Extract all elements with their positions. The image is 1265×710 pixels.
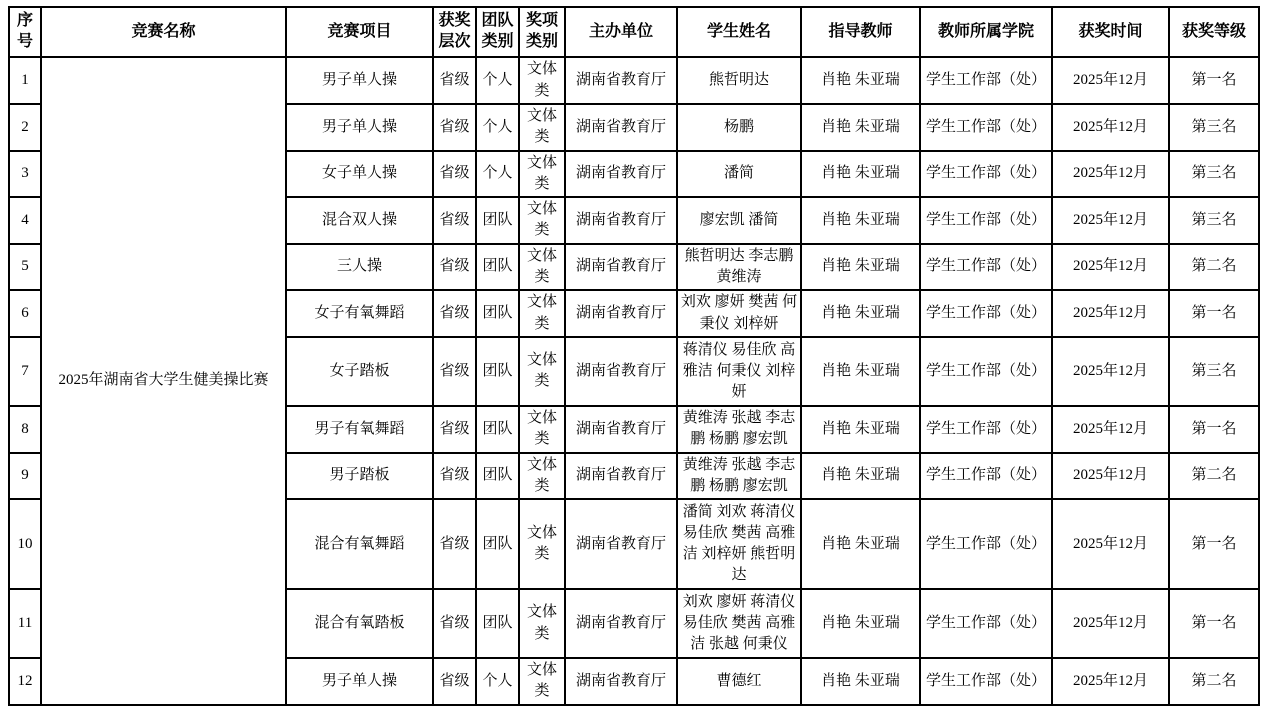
cell-event: 男子有氧舞蹈 [286,406,433,453]
cell-award-level: 省级 [433,337,476,406]
cell-award-category: 文体类 [519,406,565,453]
cell-award-time: 2025年12月 [1052,337,1169,406]
cell-teacher-college: 学生工作部（处） [920,589,1052,658]
cell-teacher-college: 学生工作部（处） [920,244,1052,291]
cell-advisors: 肖艳 朱亚瑞 [801,290,920,337]
cell-seq: 6 [9,290,41,337]
cell-team-type: 团队 [476,589,519,658]
cell-advisors: 肖艳 朱亚瑞 [801,499,920,589]
cell-award-category: 文体类 [519,104,565,151]
cell-competition-name: 2025年湖南省大学生健美操比赛 [41,57,286,705]
cell-seq: 8 [9,406,41,453]
cell-teacher-college: 学生工作部（处） [920,337,1052,406]
header-award-time: 获奖时间 [1052,7,1169,57]
cell-award-category: 文体类 [519,197,565,244]
cell-award-category: 文体类 [519,290,565,337]
cell-advisors: 肖艳 朱亚瑞 [801,104,920,151]
cell-advisors: 肖艳 朱亚瑞 [801,453,920,500]
header-organizer: 主办单位 [565,7,677,57]
cell-award-time: 2025年12月 [1052,406,1169,453]
cell-organizer: 湖南省教育厅 [565,589,677,658]
cell-award-level: 省级 [433,57,476,104]
cell-award-rank: 第三名 [1169,104,1259,151]
cell-teacher-college: 学生工作部（处） [920,499,1052,589]
cell-award-rank: 第二名 [1169,658,1259,705]
cell-student-names: 黄维涛 张越 李志鹏 杨鹏 廖宏凯 [677,453,801,500]
cell-event: 混合有氧踏板 [286,589,433,658]
header-student-names: 学生姓名 [677,7,801,57]
cell-award-time: 2025年12月 [1052,244,1169,291]
cell-advisors: 肖艳 朱亚瑞 [801,658,920,705]
cell-student-names: 潘简 [677,151,801,198]
cell-award-level: 省级 [433,290,476,337]
cell-organizer: 湖南省教育厅 [565,151,677,198]
cell-student-names: 廖宏凯 潘简 [677,197,801,244]
cell-award-rank: 第三名 [1169,337,1259,406]
cell-teacher-college: 学生工作部（处） [920,290,1052,337]
cell-award-time: 2025年12月 [1052,151,1169,198]
cell-team-type: 个人 [476,57,519,104]
cell-seq: 3 [9,151,41,198]
awards-document-page: 序号 竞赛名称 竞赛项目 获奖层次 团队类别 奖项类别 主办单位 学生姓名 指导… [0,0,1265,710]
cell-award-level: 省级 [433,244,476,291]
header-teacher-college: 教师所属学院 [920,7,1052,57]
cell-award-time: 2025年12月 [1052,290,1169,337]
cell-award-level: 省级 [433,658,476,705]
cell-team-type: 团队 [476,244,519,291]
cell-award-level: 省级 [433,499,476,589]
cell-seq: 11 [9,589,41,658]
cell-award-rank: 第一名 [1169,406,1259,453]
cell-teacher-college: 学生工作部（处） [920,453,1052,500]
cell-award-category: 文体类 [519,658,565,705]
cell-award-category: 文体类 [519,499,565,589]
header-event: 竞赛项目 [286,7,433,57]
cell-advisors: 肖艳 朱亚瑞 [801,337,920,406]
cell-event: 女子有氧舞蹈 [286,290,433,337]
cell-student-names: 刘欢 廖妍 樊茜 何秉仪 刘梓妍 [677,290,801,337]
header-advisors: 指导教师 [801,7,920,57]
cell-event: 混合双人操 [286,197,433,244]
cell-award-category: 文体类 [519,151,565,198]
cell-award-level: 省级 [433,406,476,453]
header-team-type: 团队类别 [476,7,519,57]
cell-advisors: 肖艳 朱亚瑞 [801,589,920,658]
cell-award-level: 省级 [433,589,476,658]
cell-teacher-college: 学生工作部（处） [920,197,1052,244]
cell-seq: 1 [9,57,41,104]
cell-organizer: 湖南省教育厅 [565,197,677,244]
cell-award-time: 2025年12月 [1052,197,1169,244]
cell-event: 男子踏板 [286,453,433,500]
cell-seq: 10 [9,499,41,589]
cell-teacher-college: 学生工作部（处） [920,151,1052,198]
cell-seq: 4 [9,197,41,244]
cell-team-type: 团队 [476,453,519,500]
cell-award-time: 2025年12月 [1052,57,1169,104]
cell-organizer: 湖南省教育厅 [565,499,677,589]
cell-team-type: 个人 [476,104,519,151]
cell-award-time: 2025年12月 [1052,658,1169,705]
cell-award-category: 文体类 [519,244,565,291]
cell-award-category: 文体类 [519,337,565,406]
cell-student-names: 黄维涛 张越 李志鹏 杨鹏 廖宏凯 [677,406,801,453]
cell-seq: 5 [9,244,41,291]
cell-award-time: 2025年12月 [1052,499,1169,589]
cell-seq: 9 [9,453,41,500]
cell-award-category: 文体类 [519,589,565,658]
cell-event: 男子单人操 [286,104,433,151]
cell-award-rank: 第一名 [1169,499,1259,589]
cell-seq: 7 [9,337,41,406]
header-award-category: 奖项类别 [519,7,565,57]
cell-award-rank: 第二名 [1169,453,1259,500]
cell-team-type: 团队 [476,406,519,453]
cell-event: 女子踏板 [286,337,433,406]
cell-event: 三人操 [286,244,433,291]
cell-award-rank: 第三名 [1169,197,1259,244]
cell-advisors: 肖艳 朱亚瑞 [801,57,920,104]
cell-team-type: 团队 [476,337,519,406]
cell-award-category: 文体类 [519,453,565,500]
cell-student-names: 曹德红 [677,658,801,705]
cell-organizer: 湖南省教育厅 [565,337,677,406]
cell-student-names: 蒋清仪 易佳欣 高雅洁 何秉仪 刘梓妍 [677,337,801,406]
cell-award-time: 2025年12月 [1052,104,1169,151]
header-award-rank: 获奖等级 [1169,7,1259,57]
cell-teacher-college: 学生工作部（处） [920,104,1052,151]
cell-organizer: 湖南省教育厅 [565,244,677,291]
cell-award-time: 2025年12月 [1052,589,1169,658]
cell-advisors: 肖艳 朱亚瑞 [801,244,920,291]
cell-award-rank: 第二名 [1169,244,1259,291]
cell-event: 女子单人操 [286,151,433,198]
table-row: 1 2025年湖南省大学生健美操比赛 男子单人操 省级 个人 文体类 湖南省教育… [9,57,1259,104]
awards-table: 序号 竞赛名称 竞赛项目 获奖层次 团队类别 奖项类别 主办单位 学生姓名 指导… [8,6,1260,706]
cell-award-level: 省级 [433,453,476,500]
cell-team-type: 个人 [476,658,519,705]
cell-organizer: 湖南省教育厅 [565,290,677,337]
header-competition-name: 竞赛名称 [41,7,286,57]
cell-teacher-college: 学生工作部（处） [920,658,1052,705]
cell-team-type: 个人 [476,151,519,198]
cell-seq: 2 [9,104,41,151]
cell-award-level: 省级 [433,104,476,151]
cell-award-category: 文体类 [519,57,565,104]
cell-award-rank: 第一名 [1169,290,1259,337]
cell-student-names: 刘欢 廖妍 蒋清仪 易佳欣 樊茜 高雅洁 张越 何秉仪 [677,589,801,658]
cell-award-time: 2025年12月 [1052,453,1169,500]
cell-team-type: 团队 [476,197,519,244]
cell-student-names: 熊哲明达 李志鹏 黄维涛 [677,244,801,291]
cell-team-type: 团队 [476,499,519,589]
cell-teacher-college: 学生工作部（处） [920,406,1052,453]
cell-award-level: 省级 [433,151,476,198]
cell-advisors: 肖艳 朱亚瑞 [801,406,920,453]
cell-award-level: 省级 [433,197,476,244]
cell-student-names: 杨鹏 [677,104,801,151]
cell-organizer: 湖南省教育厅 [565,406,677,453]
cell-student-names: 熊哲明达 [677,57,801,104]
cell-event: 男子单人操 [286,658,433,705]
cell-organizer: 湖南省教育厅 [565,104,677,151]
cell-seq: 12 [9,658,41,705]
cell-student-names: 潘简 刘欢 蒋清仪 易佳欣 樊茜 高雅洁 刘梓妍 熊哲明达 [677,499,801,589]
cell-award-rank: 第三名 [1169,151,1259,198]
cell-teacher-college: 学生工作部（处） [920,57,1052,104]
cell-organizer: 湖南省教育厅 [565,453,677,500]
cell-organizer: 湖南省教育厅 [565,57,677,104]
header-seq: 序号 [9,7,41,57]
cell-event: 男子单人操 [286,57,433,104]
cell-organizer: 湖南省教育厅 [565,658,677,705]
cell-team-type: 团队 [476,290,519,337]
table-header-row: 序号 竞赛名称 竞赛项目 获奖层次 团队类别 奖项类别 主办单位 学生姓名 指导… [9,7,1259,57]
cell-award-rank: 第一名 [1169,57,1259,104]
cell-event: 混合有氧舞蹈 [286,499,433,589]
cell-advisors: 肖艳 朱亚瑞 [801,197,920,244]
cell-award-rank: 第一名 [1169,589,1259,658]
header-award-level: 获奖层次 [433,7,476,57]
cell-advisors: 肖艳 朱亚瑞 [801,151,920,198]
